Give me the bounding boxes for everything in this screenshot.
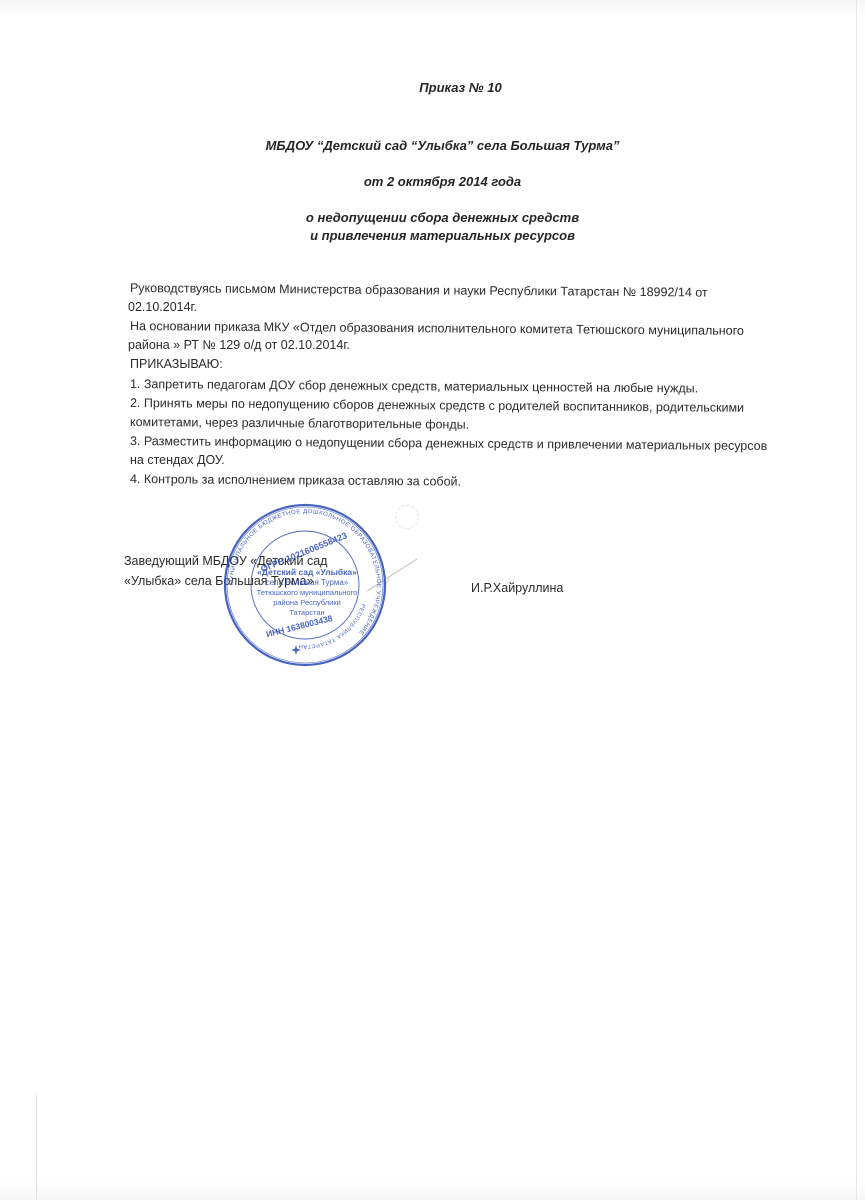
stamp-center-line3: Тетюшского муниципального: [257, 588, 358, 597]
order-word: ПРИКАЗЫВАЮ:: [130, 355, 223, 374]
order-item-3: 3. Разместить информацию о недопущении с…: [130, 432, 767, 469]
basis-letter: Руководствуясь письмом Министерства обра…: [130, 279, 708, 316]
scanned-page: Приказ № 10 МБДОУ “Детский сад “Улыбка” …: [0, 0, 865, 1200]
stamp-center-line2: села Большая Турма»: [266, 578, 349, 587]
order-item-1: 1. Запретить педагогам ДОУ сбор денежных…: [130, 375, 698, 394]
basis-order: На основании приказа МКУ «Отдел образова…: [130, 317, 744, 354]
order-date: от 2 октября 2014 года: [10, 174, 865, 189]
official-stamp: МУНИЦИПАЛЬНОЕ БЮДЖЕТНОЕ ДОШКОЛЬНОЕ ОБРАЗ…: [220, 503, 390, 668]
page-edge-left: [36, 1095, 37, 1200]
order-number: Приказ № 10: [28, 80, 865, 95]
stamp-center-line1: «Детский сад «Улыбка»: [257, 567, 357, 577]
order-item-4: 4. Контроль за исполнением приказа остав…: [130, 470, 461, 489]
stamp-center-line4: района Республики: [273, 598, 341, 607]
faint-stamp-mark: [395, 505, 419, 529]
signatory-name: И.Р.Хайруллина: [471, 578, 563, 598]
organization-name: МБДОУ “Детский сад “Улыбка” села Большая…: [10, 138, 865, 153]
order-subject-line1: о недопущении сбора денежных средств: [10, 210, 865, 225]
order-subject-line2: и привлечения материальных ресурсов: [10, 228, 865, 243]
order-item-2: 2. Принять меры по недопущению сборов де…: [130, 394, 744, 431]
